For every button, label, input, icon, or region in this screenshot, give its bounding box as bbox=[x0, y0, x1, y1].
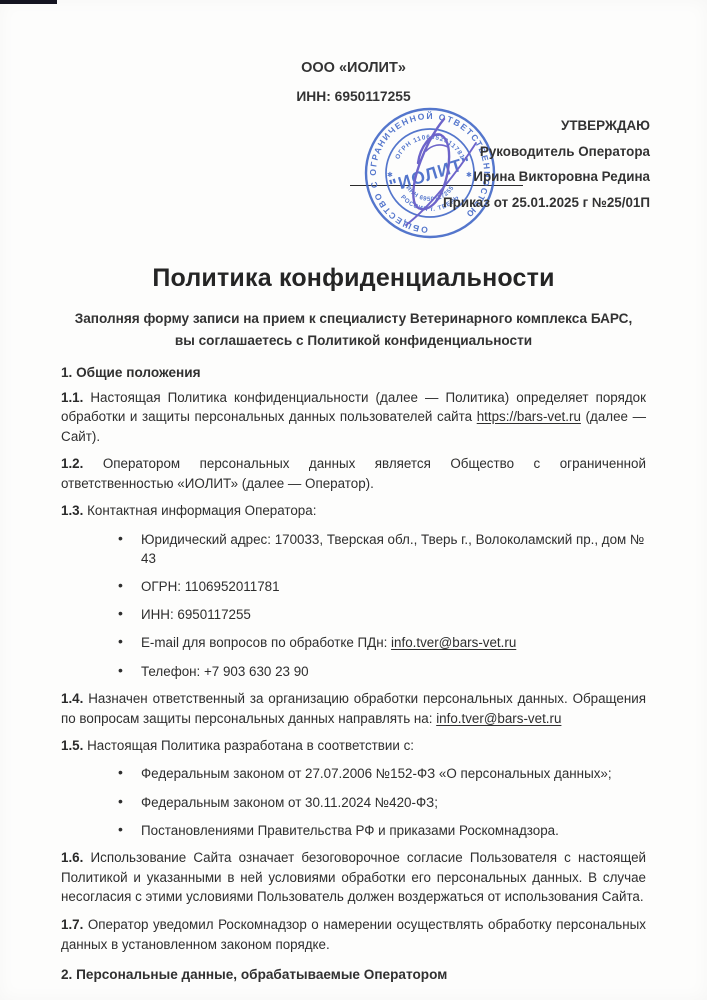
legal-basis-list: •Федеральным законом от 27.07.2006 №152-… bbox=[61, 764, 646, 840]
subtitle: Заполняя форму записи на прием к специал… bbox=[74, 308, 634, 352]
paragraph-text: Настоящая Политика разработана в соответ… bbox=[87, 738, 414, 753]
paragraph-1-3: 1.3. Контактная информация Оператора: bbox=[61, 501, 646, 521]
paragraph-number: 1.1. bbox=[61, 390, 83, 405]
bullet-text: ОГРН: 1106952011781 bbox=[141, 579, 280, 594]
bullet-text: Постановлениями Правительства РФ и прика… bbox=[141, 823, 559, 838]
paragraph-1-2: 1.2. Оператором персональных данных явля… bbox=[61, 454, 646, 493]
bullet-item-law420: •Федеральным законом от 30.11.2024 №420-… bbox=[61, 793, 646, 813]
paragraph-text: Использование Сайта означает безоговороч… bbox=[61, 850, 646, 904]
company-name: ООО «ИОЛИТ» bbox=[0, 60, 707, 76]
bullet-text: Федеральным законом от 27.07.2006 №152-Ф… bbox=[141, 766, 612, 781]
contact-list: •Юридический адрес: 170033, Тверская обл… bbox=[61, 530, 646, 682]
paragraph-number: 1.4. bbox=[61, 691, 83, 706]
approval-order: Приказ от 25.01.2025 г №25/01П bbox=[443, 190, 650, 216]
approver-name: Ирина Викторовна Редина bbox=[443, 164, 650, 190]
paragraph-number: 1.6. bbox=[61, 850, 83, 865]
document-page: ООО «ИОЛИТ» ИНН: 6950117255 ОБЩЕСТВО С О… bbox=[0, 0, 707, 1000]
bullet-item-gov-acts: •Постановлениями Правительства РФ и прик… bbox=[61, 821, 646, 841]
company-inn: ИНН: 6950117255 bbox=[0, 89, 707, 104]
link-email-responsible[interactable]: info.tver@bars-vet.ru bbox=[436, 711, 561, 726]
paragraph-text: Контактная информация Оператора: bbox=[87, 503, 316, 518]
bullet-text: ИНН: 6950117255 bbox=[141, 607, 251, 622]
section-1-heading: 1. Общие положения bbox=[61, 365, 646, 380]
approver-role: Руководитель Оператора bbox=[443, 139, 650, 165]
paragraph-1-4: 1.4. Назначен ответственный за организац… bbox=[61, 689, 646, 728]
paragraph-text: Оператор уведомил Роскомнадзор о намерен… bbox=[61, 917, 646, 952]
section-2-heading: 2. Персональные данные, обрабатываемые О… bbox=[61, 967, 646, 982]
paragraph-number: 1.7. bbox=[61, 917, 83, 932]
page-title: Политика конфиденциальности bbox=[0, 264, 707, 293]
bullet-icon: • bbox=[118, 661, 123, 681]
bullet-icon: • bbox=[118, 529, 123, 549]
approve-label: УТВЕРЖДАЮ bbox=[443, 113, 650, 139]
paragraph-1-1: 1.1. Настоящая Политика конфиденциальнос… bbox=[61, 388, 646, 447]
link-site-url[interactable]: https://bars-vet.ru bbox=[477, 409, 581, 424]
bullet-icon: • bbox=[118, 632, 123, 652]
paragraph-number: 1.3. bbox=[61, 503, 83, 518]
bullet-item-inn: •ИНН: 6950117255 bbox=[61, 605, 646, 625]
paragraph-1-6: 1.6. Использование Сайта означает безого… bbox=[61, 848, 646, 907]
bullet-text: Федеральным законом от 30.11.2024 №420-Ф… bbox=[141, 795, 438, 810]
paragraph-number: 1.2. bbox=[61, 456, 83, 471]
bullet-icon: • bbox=[118, 604, 123, 624]
bullet-text: Телефон: +7 903 630 23 90 bbox=[141, 664, 309, 679]
paragraph-text: Оператором персональных данных является … bbox=[61, 456, 646, 491]
paragraph-1-5: 1.5. Настоящая Политика разработана в со… bbox=[61, 736, 646, 756]
approval-block: УТВЕРЖДАЮ Руководитель Оператора Ирина В… bbox=[443, 113, 650, 215]
document-header: ООО «ИОЛИТ» ИНН: 6950117255 ОБЩЕСТВО С О… bbox=[0, 0, 707, 220]
paragraph-1-7: 1.7. Оператор уведомил Роскомнадзор о на… bbox=[61, 915, 646, 954]
bullet-item-email: •E-mail для вопросов по обработке ПДн: i… bbox=[61, 633, 646, 653]
document-body: 1. Общие положения 1.1. Настоящая Полити… bbox=[0, 365, 707, 983]
bullet-text: Юридический адрес: 170033, Тверская обл.… bbox=[141, 532, 644, 567]
bullet-item-ogrn: •ОГРН: 1106952011781 bbox=[61, 577, 646, 597]
bullet-item-law152: •Федеральным законом от 27.07.2006 №152-… bbox=[61, 764, 646, 784]
link-email-contact[interactable]: info.tver@bars-vet.ru bbox=[391, 635, 516, 650]
bullet-icon: • bbox=[118, 820, 123, 840]
bullet-text: E-mail для вопросов по обработке ПДн: bbox=[141, 635, 391, 650]
bullet-item-phone: •Телефон: +7 903 630 23 90 bbox=[61, 662, 646, 682]
bullet-icon: • bbox=[118, 792, 123, 812]
bullet-icon: • bbox=[118, 576, 123, 596]
paragraph-number: 1.5. bbox=[61, 738, 83, 753]
bullet-item-address: •Юридический адрес: 170033, Тверская обл… bbox=[61, 530, 646, 569]
bullet-icon: • bbox=[118, 763, 123, 783]
